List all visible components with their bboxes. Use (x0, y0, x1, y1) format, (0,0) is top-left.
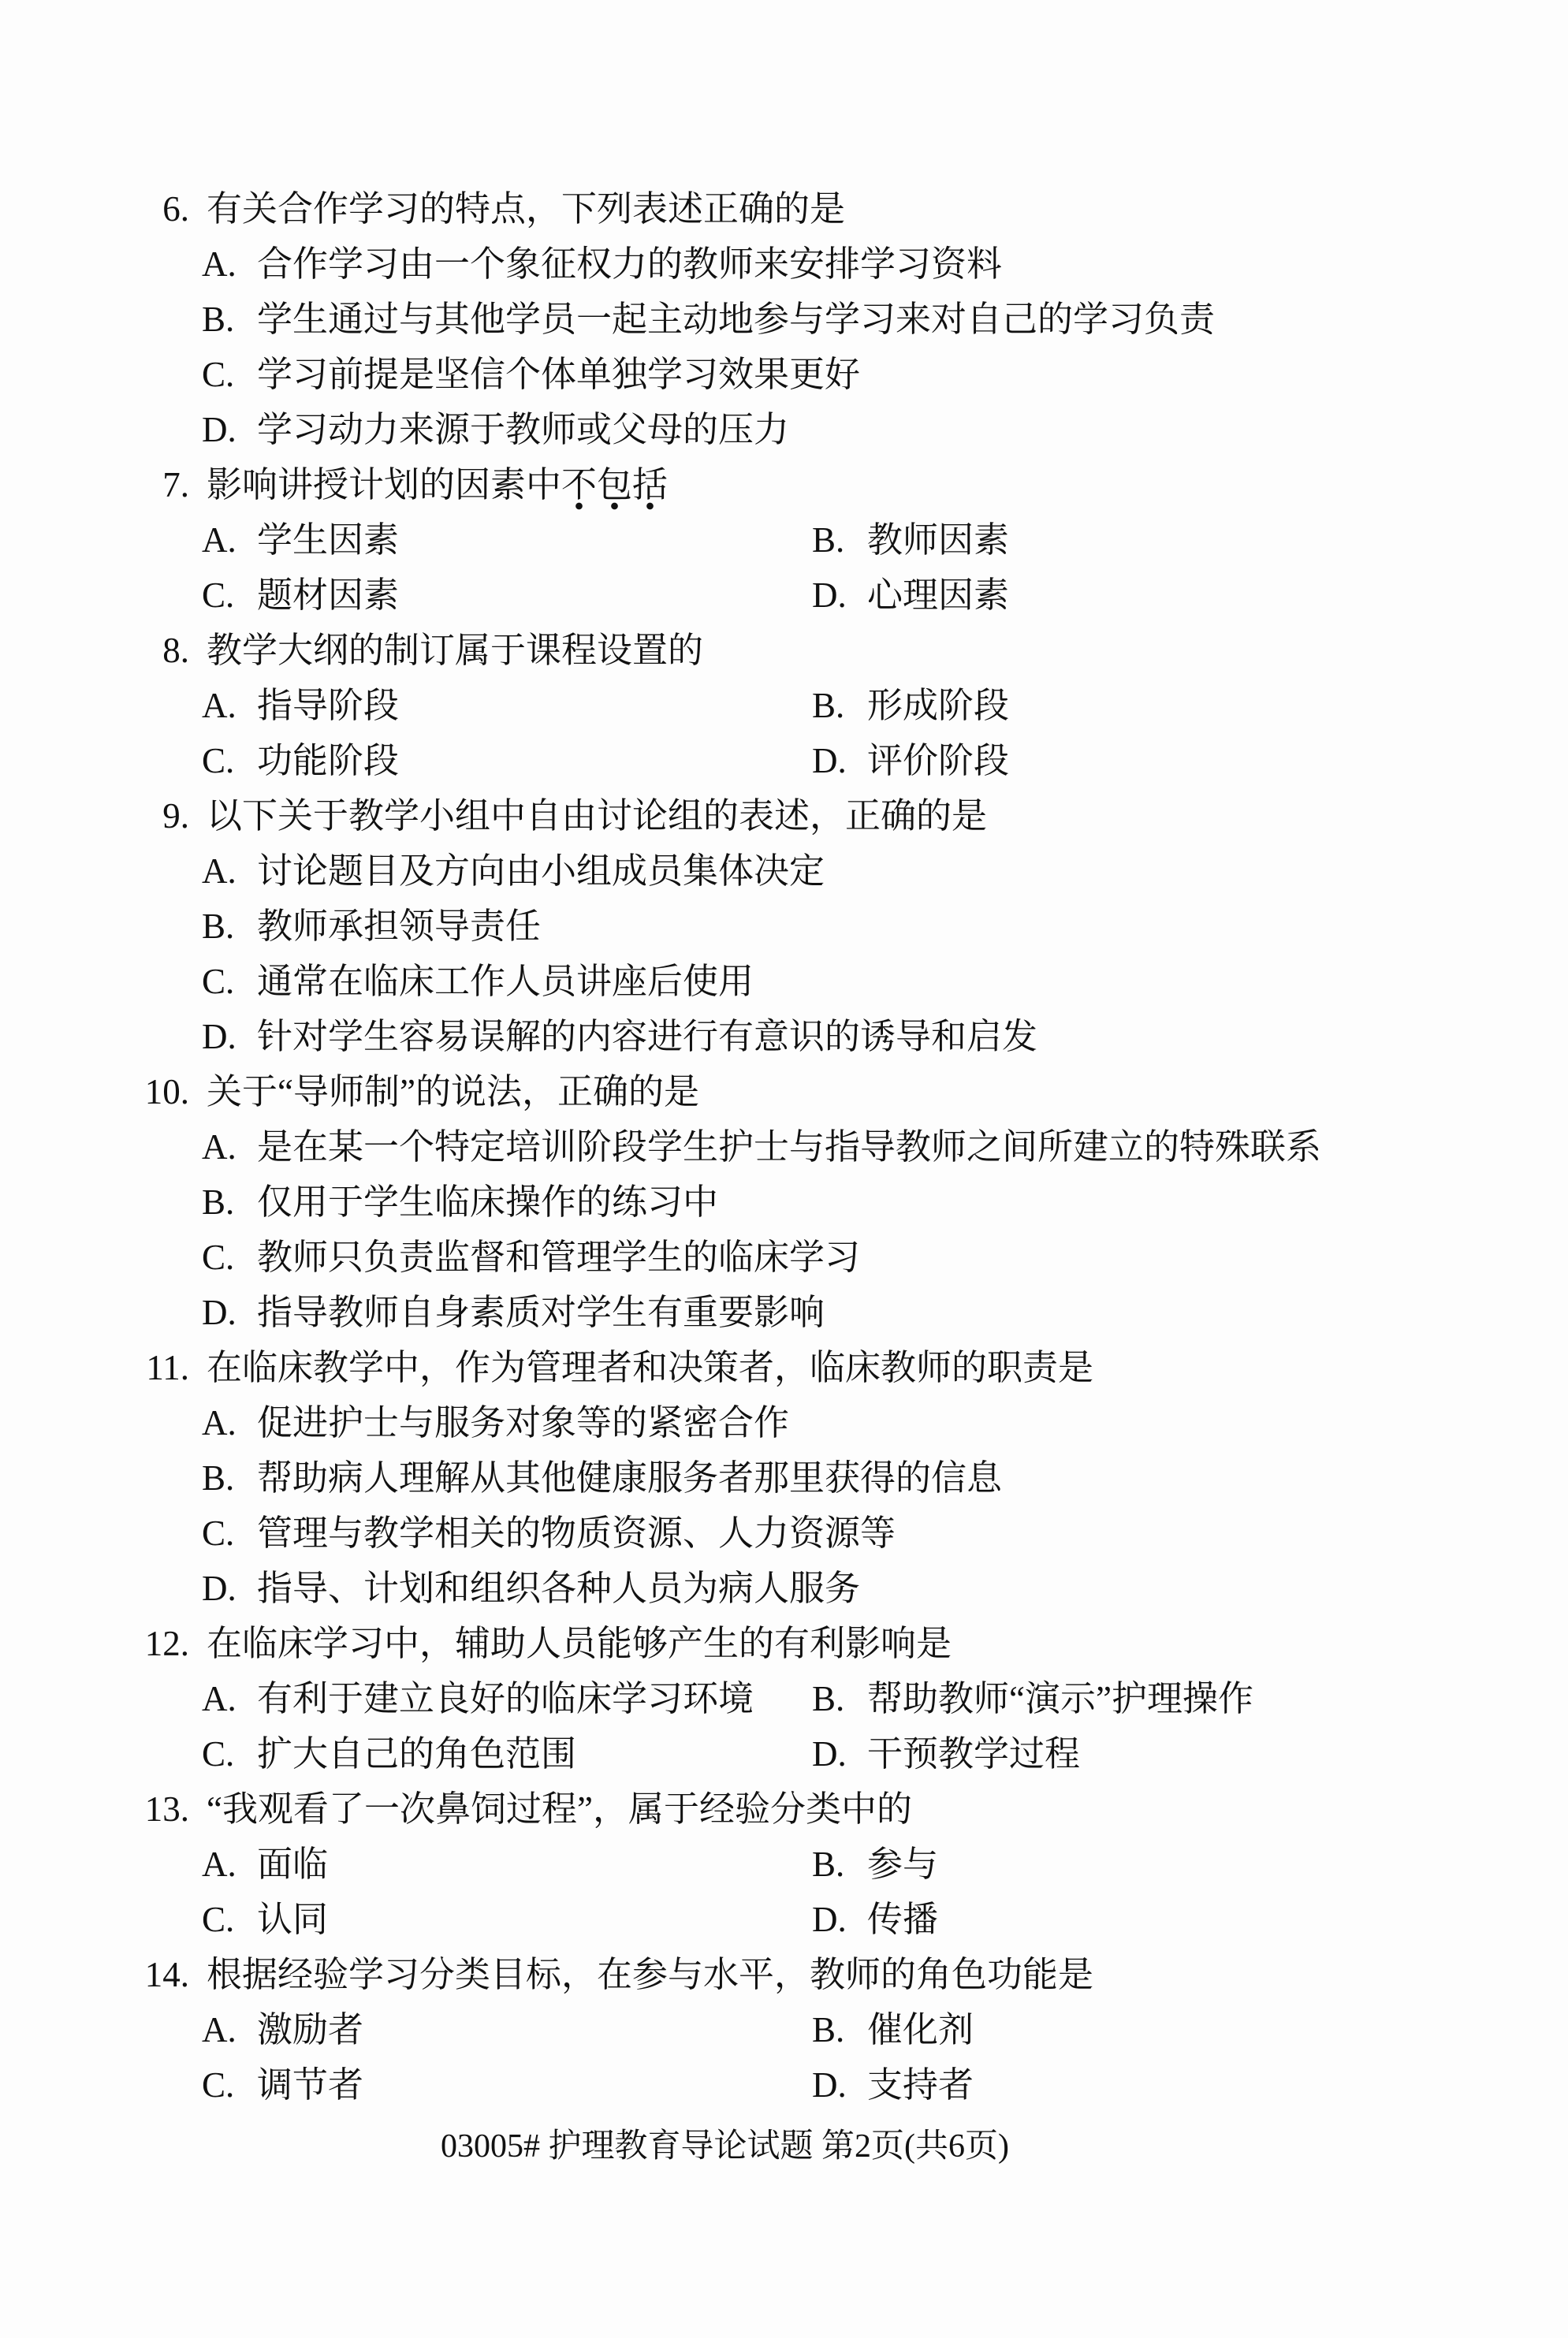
option-b: B.参与 (812, 1837, 938, 1892)
question-08: 8.教学大纲的制订属于课程设置的 A.指导阶段 B.形成阶段 C.功能阶段 D.… (0, 623, 1568, 788)
option-text: 合作学习由一个象征权力的教师来安排学习资料 (257, 244, 1002, 284)
option-text: 干预教学过程 (867, 1734, 1080, 1774)
option-b: B.教师因素 (812, 512, 1009, 568)
option-label: A. (202, 843, 238, 899)
option-row-ab: A.指导阶段 B.形成阶段 (0, 678, 1568, 733)
option-c: C.扩大自己的角色范围 (202, 1726, 576, 1781)
question-number: 11. (121, 1340, 189, 1395)
option-text: 参与 (867, 1845, 938, 1884)
option-label: C. (202, 347, 238, 402)
option-a: A.促进护士与服务对象等的紧密合作 (0, 1395, 1568, 1450)
option-row-cd: C.题材因素 D.心理因素 (0, 568, 1568, 623)
question-stem: 12.在临床学习中，辅助人员能够产生的有利影响是 (0, 1616, 1568, 1671)
option-label: B. (812, 1837, 848, 1892)
option-b: B.帮助病人理解从其他健康服务者那里获得的信息 (0, 1450, 1568, 1506)
option-text: 管理与教学相关的物质资源、人力资源等 (257, 1513, 896, 1553)
option-c: C.学习前提是坚信个体单独学习效果更好 (0, 347, 1568, 402)
option-text: 指导教师自身素质对学生有重要影响 (257, 1293, 825, 1332)
question-number: 7. (121, 457, 189, 512)
option-text: 认同 (257, 1900, 328, 1939)
option-label: A. (202, 1119, 238, 1175)
option-label: D. (202, 1561, 238, 1616)
option-d: D.指导教师自身素质对学生有重要影响 (0, 1285, 1568, 1340)
option-a: A.讨论题目及方向由小组成员集体决定 (0, 843, 1568, 899)
option-text: 教师承担领导责任 (257, 907, 541, 946)
option-label: C. (202, 1506, 238, 1561)
option-c: C.题材因素 (202, 568, 399, 623)
option-c: C.功能阶段 (202, 733, 399, 788)
option-text: 学生因素 (257, 520, 399, 560)
question-text-emphasized: 不包括 (561, 457, 668, 512)
option-c: C.通常在临床工作人员讲座后使用 (0, 954, 1568, 1009)
option-text: 指导、计划和组织各种人员为病人服务 (257, 1569, 860, 1608)
question-text: 教学大纲的制订属于课程设置的 (207, 631, 703, 670)
option-label: D. (812, 568, 848, 623)
option-text: 学生通过与其他学员一起主动地参与学习来对自己的学习负责 (257, 300, 1215, 339)
question-06: 6.有关合作学习的特点，下列表述正确的是 A.合作学习由一个象征权力的教师来安排… (0, 181, 1568, 457)
exam-content: 6.有关合作学习的特点，下列表述正确的是 A.合作学习由一个象征权力的教师来安排… (0, 0, 1568, 2174)
option-text: 仅用于学生临床操作的练习中 (257, 1182, 718, 1222)
option-text: 题材因素 (257, 575, 399, 615)
question-number: 14. (121, 1947, 189, 2002)
option-text: 扩大自己的角色范围 (257, 1734, 576, 1774)
option-c: C.管理与教学相关的物质资源、人力资源等 (0, 1506, 1568, 1561)
option-a: A.合作学习由一个象征权力的教师来安排学习资料 (0, 236, 1568, 292)
question-text: 在临床学习中，辅助人员能够产生的有利影响是 (207, 1624, 952, 1663)
option-d: D.干预教学过程 (812, 1726, 1080, 1781)
option-label: D. (812, 2057, 848, 2113)
question-stem: 13.“我观看了一次鼻饲过程”，属于经验分类中的 (0, 1781, 1568, 1837)
option-label: C. (202, 733, 238, 788)
option-text: 帮助教师“演示”护理操作 (867, 1679, 1253, 1718)
question-number: 6. (121, 181, 189, 236)
option-label: D. (812, 733, 848, 788)
question-text: 根据经验学习分类目标，在参与水平，教师的角色功能是 (207, 1955, 1093, 1994)
option-label: C. (202, 1726, 238, 1781)
option-row-ab: A.有利于建立良好的临床学习环境 B.帮助教师“演示”护理操作 (0, 1671, 1568, 1726)
question-stem: 11.在临床教学中，作为管理者和决策者，临床教师的职责是 (0, 1340, 1568, 1395)
question-13: 13.“我观看了一次鼻饲过程”，属于经验分类中的 A.面临 B.参与 C.认同 … (0, 1781, 1568, 1947)
option-d: D.心理因素 (812, 568, 1009, 623)
question-text: “我观看了一次鼻饲过程”，属于经验分类中的 (207, 1789, 912, 1829)
question-14: 14.根据经验学习分类目标，在参与水平，教师的角色功能是 A.激励者 B.催化剂… (0, 1947, 1568, 2113)
option-a: A.是在某一个特定培训阶段学生护士与指导教师之间所建立的特殊联系 (0, 1119, 1568, 1175)
option-d: D.指导、计划和组织各种人员为病人服务 (0, 1561, 1568, 1616)
option-label: A. (202, 1395, 238, 1450)
option-d: D.传播 (812, 1892, 938, 1947)
option-c: C.教师只负责监督和管理学生的临床学习 (0, 1230, 1568, 1285)
option-text: 面临 (257, 1845, 328, 1884)
option-text: 是在某一个特定培训阶段学生护士与指导教师之间所建立的特殊联系 (257, 1127, 1321, 1167)
question-number: 10. (121, 1064, 189, 1119)
option-label: B. (812, 512, 848, 568)
option-text: 形成阶段 (867, 686, 1009, 725)
option-label: D. (202, 402, 238, 457)
option-c: C.认同 (202, 1892, 328, 1947)
question-text: 影响讲授计划的因素中不包括 (207, 465, 668, 504)
question-stem: 10.关于“导师制”的说法，正确的是 (0, 1064, 1568, 1119)
option-text: 有利于建立良好的临床学习环境 (257, 1679, 754, 1718)
option-b: B.学生通过与其他学员一起主动地参与学习来对自己的学习负责 (0, 292, 1568, 347)
option-text: 支持者 (867, 2065, 974, 2105)
option-text: 帮助病人理解从其他健康服务者那里获得的信息 (257, 1458, 1002, 1498)
page-footer: 03005# 护理教育导论试题 第2页(共6页) (0, 2119, 1450, 2174)
question-text: 在临床教学中，作为管理者和决策者，临床教师的职责是 (207, 1348, 1093, 1387)
option-row-cd: C.功能阶段 D.评价阶段 (0, 733, 1568, 788)
option-label: D. (202, 1009, 238, 1064)
option-label: D. (202, 1285, 238, 1340)
option-label: B. (202, 1175, 238, 1230)
option-row-cd: C.调节者 D.支持者 (0, 2057, 1568, 2113)
option-text: 激励者 (257, 2010, 363, 2049)
option-row-cd: C.扩大自己的角色范围 D.干预教学过程 (0, 1726, 1568, 1781)
option-c: C.调节者 (202, 2057, 363, 2113)
option-label: C. (202, 1892, 238, 1947)
question-text: 以下关于教学小组中自由讨论组的表述，正确的是 (207, 796, 987, 836)
question-stem: 9.以下关于教学小组中自由讨论组的表述，正确的是 (0, 788, 1568, 843)
option-row-ab: A.学生因素 B.教师因素 (0, 512, 1568, 568)
question-stem: 7.影响讲授计划的因素中不包括 (0, 457, 1568, 512)
question-number: 8. (121, 623, 189, 678)
option-label: B. (812, 2002, 848, 2057)
option-text: 学习动力来源于教师或父母的压力 (257, 410, 789, 449)
question-stem: 14.根据经验学习分类目标，在参与水平，教师的角色功能是 (0, 1947, 1568, 2002)
option-label: D. (812, 1892, 848, 1947)
option-a: A.有利于建立良好的临床学习环境 (202, 1671, 754, 1726)
option-d: D.针对学生容易误解的内容进行有意识的诱导和启发 (0, 1009, 1568, 1064)
option-text: 通常在临床工作人员讲座后使用 (257, 962, 754, 1001)
option-b: B.帮助教师“演示”护理操作 (812, 1671, 1253, 1726)
option-a: A.面临 (202, 1837, 328, 1892)
option-label: B. (202, 1450, 238, 1506)
option-d: D.支持者 (812, 2057, 974, 2113)
option-text: 功能阶段 (257, 741, 399, 780)
question-09: 9.以下关于教学小组中自由讨论组的表述，正确的是 A.讨论题目及方向由小组成员集… (0, 788, 1568, 1064)
option-row-ab: A.激励者 B.催化剂 (0, 2002, 1568, 2057)
question-text: 有关合作学习的特点，下列表述正确的是 (207, 189, 845, 229)
option-label: A. (202, 236, 238, 292)
option-text: 指导阶段 (257, 686, 399, 725)
option-label: A. (202, 512, 238, 568)
question-number: 12. (121, 1616, 189, 1671)
option-text: 教师因素 (867, 520, 1009, 560)
option-label: A. (202, 1837, 238, 1892)
question-07: 7.影响讲授计划的因素中不包括 A.学生因素 B.教师因素 C.题材因素 D.心… (0, 457, 1568, 623)
question-stem: 8.教学大纲的制订属于课程设置的 (0, 623, 1568, 678)
option-b: B.教师承担领导责任 (0, 899, 1568, 954)
question-number: 9. (121, 788, 189, 843)
option-label: C. (202, 568, 238, 623)
option-row-cd: C.认同 D.传播 (0, 1892, 1568, 1947)
option-label: D. (812, 1726, 848, 1781)
option-label: A. (202, 678, 238, 733)
question-12: 12.在临床学习中，辅助人员能够产生的有利影响是 A.有利于建立良好的临床学习环… (0, 1616, 1568, 1781)
option-label: A. (202, 1671, 238, 1726)
option-text: 教师只负责监督和管理学生的临床学习 (257, 1238, 860, 1277)
option-label: C. (202, 1230, 238, 1285)
option-row-ab: A.面临 B.参与 (0, 1837, 1568, 1892)
question-10: 10.关于“导师制”的说法，正确的是 A.是在某一个特定培训阶段学生护士与指导教… (0, 1064, 1568, 1340)
option-label: A. (202, 2002, 238, 2057)
page-footer-text: 03005# 护理教育导论试题 第2页(共6页) (441, 2128, 1009, 2165)
option-text: 心理因素 (867, 575, 1009, 615)
option-d: D.评价阶段 (812, 733, 1009, 788)
option-label: B. (812, 678, 848, 733)
option-a: A.指导阶段 (202, 678, 399, 733)
option-b: B.形成阶段 (812, 678, 1009, 733)
option-text: 学习前提是坚信个体单独学习效果更好 (257, 355, 860, 394)
option-text: 促进护士与服务对象等的紧密合作 (257, 1403, 789, 1443)
option-label: B. (202, 899, 238, 954)
option-label: B. (202, 292, 238, 347)
exam-page: 6.有关合作学习的特点，下列表述正确的是 A.合作学习由一个象征权力的教师来安排… (0, 0, 1568, 2338)
option-text: 针对学生容易误解的内容进行有意识的诱导和启发 (257, 1017, 1037, 1056)
option-label: B. (812, 1671, 848, 1726)
option-text: 催化剂 (867, 2010, 974, 2049)
option-a: A.学生因素 (202, 512, 399, 568)
option-b: B.催化剂 (812, 2002, 974, 2057)
option-text: 调节者 (257, 2065, 363, 2105)
option-a: A.激励者 (202, 2002, 363, 2057)
option-text: 讨论题目及方向由小组成员集体决定 (257, 851, 825, 891)
option-text: 传播 (867, 1900, 938, 1939)
question-number: 13. (121, 1781, 189, 1837)
question-11: 11.在临床教学中，作为管理者和决策者，临床教师的职责是 A.促进护士与服务对象… (0, 1340, 1568, 1616)
option-label: C. (202, 2057, 238, 2113)
option-text: 评价阶段 (867, 741, 1009, 780)
option-label: C. (202, 954, 238, 1009)
question-text: 关于“导师制”的说法，正确的是 (207, 1072, 699, 1111)
question-text-plain: 影响讲授计划的因素中 (207, 465, 561, 504)
option-d: D.学习动力来源于教师或父母的压力 (0, 402, 1568, 457)
option-b: B.仅用于学生临床操作的练习中 (0, 1175, 1568, 1230)
question-stem: 6.有关合作学习的特点，下列表述正确的是 (0, 181, 1568, 236)
